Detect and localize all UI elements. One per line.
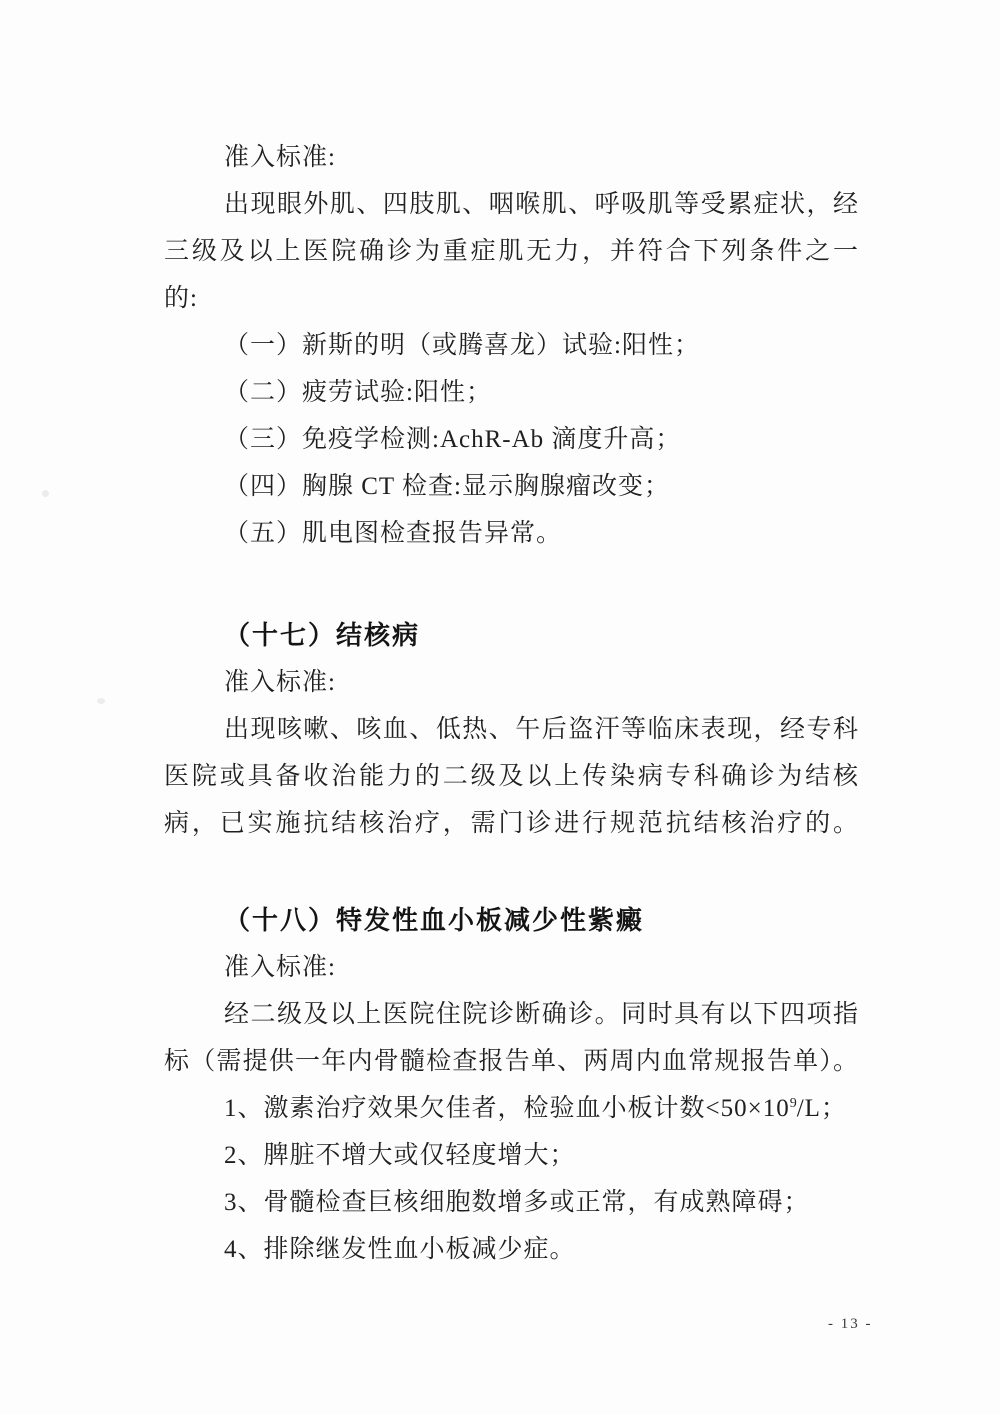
- criteria-label: 准入标准:: [164, 134, 858, 181]
- paragraph-line: 标（需提供一年内骨髓检查报告单、两周内血常规报告单）。: [164, 1038, 858, 1085]
- paragraph-line: 的:: [164, 275, 858, 322]
- paragraph-line: 三级及以上医院确诊为重症肌无力，并符合下列条件之一: [164, 228, 858, 275]
- list-item: （四）胸腺 CT 检查:显示胸腺瘤改变；: [164, 463, 858, 510]
- list-item: （二）疲劳试验:阳性；: [164, 369, 858, 416]
- scan-speck: [97, 698, 105, 704]
- exponent: 9: [790, 1096, 797, 1111]
- list-item-platelet-count: 1、激素治疗效果欠佳者，检验血小板计数<50×109/L；: [164, 1085, 858, 1132]
- paragraph-line: 出现眼外肌、四肢肌、咽喉肌、呼吸肌等受累症状，经: [164, 181, 858, 228]
- list-item: 3、骨髓检查巨核细胞数增多或正常，有成熟障碍；: [164, 1179, 858, 1226]
- section-heading: （十八）特发性血小板减少性紫癜: [164, 897, 858, 944]
- paragraph-line: 医院或具备收治能力的二级及以上传染病专科确诊为结核: [164, 753, 858, 800]
- list-item: （一）新斯的明（或腾喜龙）试验:阳性；: [164, 322, 858, 369]
- criteria-label: 准入标准:: [164, 944, 858, 991]
- section-17-tuberculosis: （十七）结核病 准入标准: 出现咳嗽、咳血、低热、午后盗汗等临床表现，经专科 医…: [164, 612, 858, 847]
- list-item-text: 1、激素治疗效果欠佳者，检验血小板计数<50×10: [224, 1095, 790, 1122]
- list-item: （三）免疫学检测:AchR-Ab 滴度升高；: [164, 416, 858, 463]
- scan-speck: [42, 490, 49, 497]
- paragraph-line: 经二级及以上医院住院诊断确诊。同时具有以下四项指: [164, 991, 858, 1038]
- section-heading: （十七）结核病: [164, 612, 858, 659]
- list-item: 4、排除继发性血小板减少症。: [164, 1226, 858, 1273]
- document-page: 准入标准: 出现眼外肌、四肢肌、咽喉肌、呼吸肌等受累症状，经 三级及以上医院确诊…: [0, 0, 1000, 1414]
- list-item-text: /L；: [797, 1095, 847, 1122]
- section-myasthenia-criteria: 准入标准: 出现眼外肌、四肢肌、咽喉肌、呼吸肌等受累症状，经 三级及以上医院确诊…: [164, 134, 858, 557]
- document-body: 准入标准: 出现眼外肌、四肢肌、咽喉肌、呼吸肌等受累症状，经 三级及以上医院确诊…: [164, 134, 858, 1273]
- section-18-itp: （十八）特发性血小板减少性紫癜 准入标准: 经二级及以上医院住院诊断确诊。同时具…: [164, 897, 858, 1273]
- page-number: - 13 -: [828, 1316, 873, 1333]
- list-item: 2、脾脏不增大或仅轻度增大；: [164, 1132, 858, 1179]
- criteria-label: 准入标准:: [164, 659, 858, 706]
- list-item: （五）肌电图检查报告异常。: [164, 510, 858, 557]
- paragraph-line: 出现咳嗽、咳血、低热、午后盗汗等临床表现，经专科: [164, 706, 858, 753]
- paragraph-line: 病，已实施抗结核治疗，需门诊进行规范抗结核治疗的。: [164, 800, 858, 847]
